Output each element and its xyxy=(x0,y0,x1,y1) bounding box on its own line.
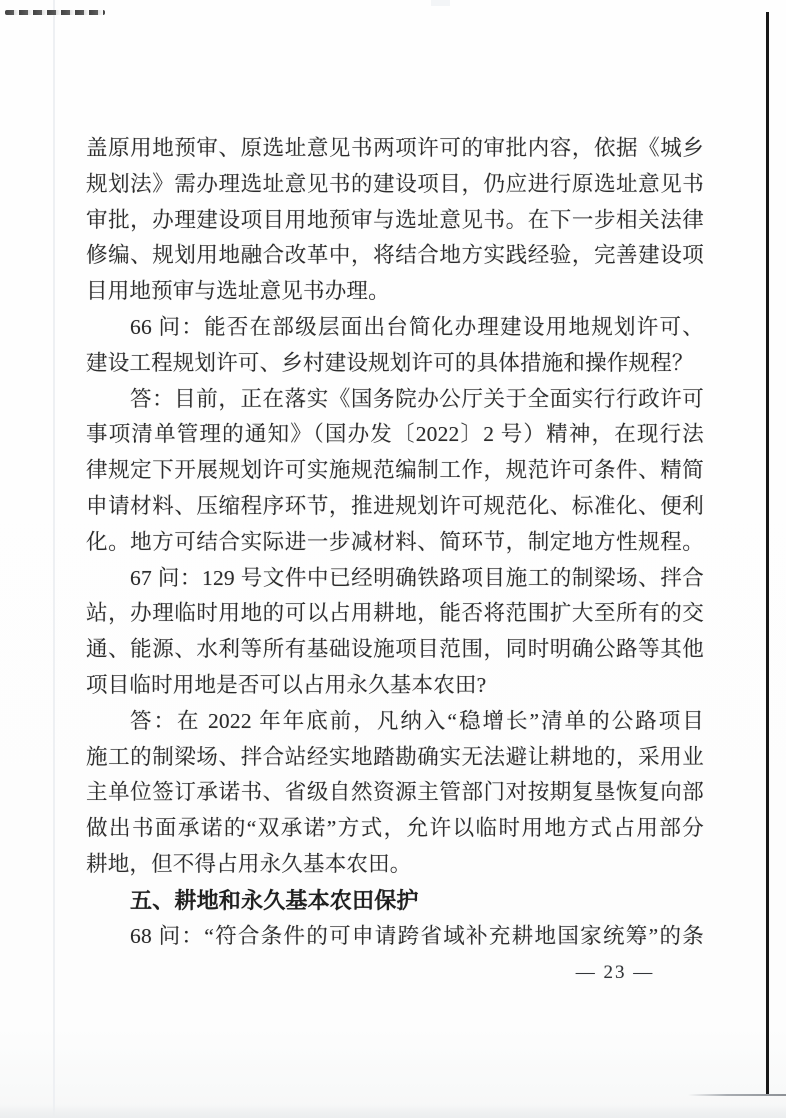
text-line: 施工的制梁场、拌合站经实地踏勘确实无法避让耕地的，采用业 xyxy=(86,740,704,776)
top-left-dash-mark xyxy=(5,10,105,15)
page-number: — 23 — xyxy=(560,959,670,987)
text-line: 修编、规划用地融合改革中，将结合地方实践经验，完善建设项 xyxy=(86,238,704,274)
text-line: 做出书面承诺的“双承诺”方式，允许以临时用地方式占用部分 xyxy=(86,811,704,847)
text-line: 通、能源、水利等所有基础设施项目范围，同时明确公路等其他 xyxy=(86,632,704,668)
text-line: 答：目前，正在落实《国务院办公厅关于全面实行行政许可 xyxy=(86,382,704,418)
top-center-smudge xyxy=(431,0,450,6)
section-heading-line: 五、耕地和永久基本农田保护 xyxy=(86,883,704,919)
text-line: 68 问：“符合条件的可申请跨省域补充耕地国家统筹”的条 xyxy=(86,919,704,955)
right-edge-rule xyxy=(766,12,769,1096)
text-line: 盖原用地预审、原选址意见书两项许可的审批内容，依据《城乡 xyxy=(86,131,704,167)
text-line: 律规定下开展规划许可实施规范编制工作，规范许可条件、精简 xyxy=(86,453,704,489)
text-line: 67 问：129 号文件中已经明确铁路项目施工的制梁场、拌合 xyxy=(86,561,704,597)
text-line: 规划法》需办理选址意见书的建设项目，仍应进行原选址意见书 xyxy=(86,167,704,203)
text-line: 耕地，但不得占用永久基本农田。 xyxy=(86,847,704,883)
bottom-right-smear xyxy=(688,1094,786,1096)
text-line: 主单位签订承诺书、省级自然资源主管部门对按期复垦恢复向部 xyxy=(86,775,704,811)
text-line: 建设工程规划许可、乡村建设规划许可的具体措施和操作规程？ xyxy=(86,346,704,382)
text-block: 盖原用地预审、原选址意见书两项许可的审批内容，依据《城乡规划法》需办理选址意见书… xyxy=(86,131,704,954)
text-line: 答：在 2022 年年底前，凡纳入“稳增长”清单的公路项目 xyxy=(86,704,704,740)
text-line: 目用地预审与选址意见书办理。 xyxy=(86,274,704,310)
text-line: 申请材料、压缩程序环节，推进规划许可规范化、标准化、便利 xyxy=(86,489,704,525)
text-line: 站，办理临时用地的可以占用耕地，能否将范围扩大至所有的交 xyxy=(86,596,704,632)
text-line: 项目临时用地是否可以占用永久基本农田? xyxy=(86,668,704,704)
text-line: 审批，办理建设项目用地预审与选址意见书。在下一步相关法律 xyxy=(86,203,704,239)
left-scan-seam xyxy=(53,0,55,1118)
scanned-document-page: 盖原用地预审、原选址意见书两项许可的审批内容，依据《城乡规划法》需办理选址意见书… xyxy=(0,0,786,1118)
bottom-scan-band xyxy=(0,1104,786,1118)
text-line: 66 问：能否在部级层面出台简化办理建设用地规划许可、 xyxy=(86,310,704,346)
text-line: 事项清单管理的通知》（国办发〔2022〕2 号）精神，在现行法 xyxy=(86,417,704,453)
text-line: 化。地方可结合实际进一步减材料、简环节，制定地方性规程。 xyxy=(86,525,704,561)
